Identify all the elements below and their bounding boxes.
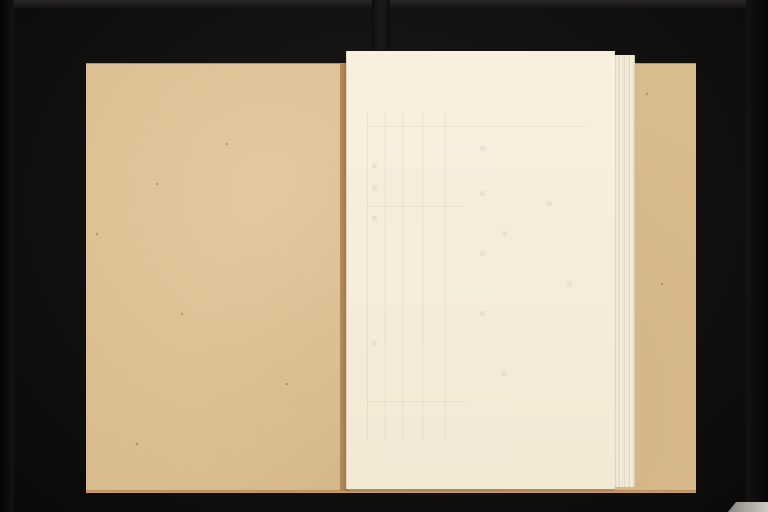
faint-show-through-mark xyxy=(502,231,507,236)
paper-fleck xyxy=(181,313,183,315)
top-page xyxy=(347,51,615,489)
frame-left-edge xyxy=(0,0,14,512)
faint-table-rule xyxy=(445,111,446,441)
faint-show-through-mark xyxy=(547,201,552,206)
page-stack-edge xyxy=(612,55,635,487)
paper-fleck xyxy=(156,183,158,185)
faint-show-through-mark xyxy=(502,371,507,376)
faint-table-rule xyxy=(367,401,467,402)
faint-show-through-mark xyxy=(372,163,377,168)
frame-divider xyxy=(372,0,390,50)
faint-show-through-mark xyxy=(372,216,377,221)
faint-show-through-mark xyxy=(567,281,572,286)
faint-table-rule xyxy=(385,111,386,441)
paper-fleck xyxy=(661,283,663,285)
faint-show-through-mark xyxy=(372,186,377,191)
faint-table-rule xyxy=(367,111,368,441)
frame-right-edge xyxy=(746,0,768,512)
paper-fleck xyxy=(646,93,648,95)
faint-show-through-mark xyxy=(480,191,485,196)
faint-show-through-mark xyxy=(480,251,485,256)
faint-show-through-mark xyxy=(372,341,377,346)
faint-table-rule xyxy=(367,206,467,207)
faint-table-rule xyxy=(422,111,423,441)
faint-table-rule xyxy=(402,111,403,441)
faint-show-through-mark xyxy=(480,311,485,316)
paper-fleck xyxy=(136,443,138,445)
paper-fleck xyxy=(96,233,98,235)
paper-fleck xyxy=(286,383,288,385)
faint-show-through-mark xyxy=(480,146,485,151)
paper-fleck xyxy=(226,143,228,145)
faint-table-rule xyxy=(367,126,587,127)
